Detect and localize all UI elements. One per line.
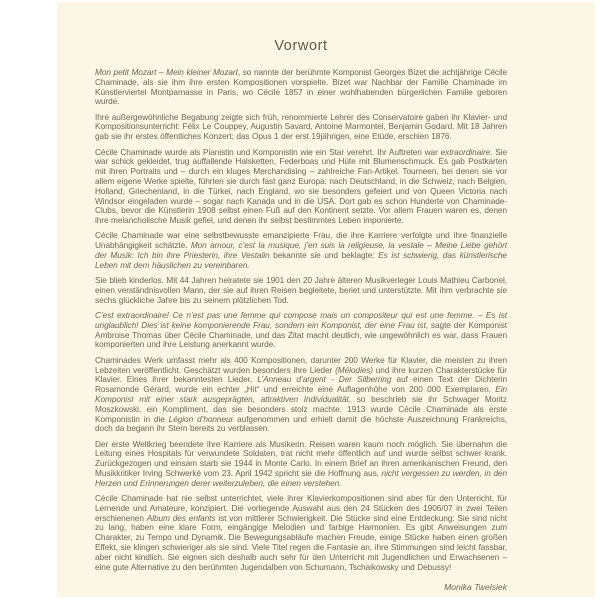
paragraph: Ihre außergewöhnliche Begabung zeigte si… — [95, 113, 507, 142]
book-page: Vorwort Mon petit Mozart – Mein kleiner … — [57, 2, 595, 597]
text-run: Sie blieb kinderlos. Mit 44 Jahren heira… — [95, 275, 507, 305]
text-run: bekannte sie und beklagte: — [270, 250, 379, 260]
text-run: ist von mittlerer Schwierigkeit. Die Stü… — [95, 513, 507, 572]
page-title: Vorwort — [95, 38, 507, 54]
paragraph: Cécile Chaminade war eine selbstbewusste… — [95, 231, 507, 270]
author-signature: Monika Twelsiek — [95, 582, 507, 592]
italic-text-run: L’Anneau d’argent - Der Silberring — [257, 374, 391, 384]
paragraph: Der erste Weltkrieg beendete ihre Karrie… — [95, 440, 507, 489]
paragraph: Cécile Chaminade wurde als Pianistin und… — [95, 148, 507, 226]
foreword-content: Vorwort Mon petit Mozart – Mein kleiner … — [95, 38, 507, 592]
paragraph: C’est extraordinaire! Ce n’est pas une f… — [95, 311, 507, 350]
italic-text-run: (Mélodies) — [335, 365, 373, 375]
text-run: Ihre außergewöhnliche Begabung zeigte si… — [95, 112, 507, 142]
paragraph: Chaminades Werk umfasst mehr als 400 Kom… — [95, 356, 507, 434]
text-run: . Sie war schick gekleidet, trug auffall… — [95, 147, 507, 226]
paragraph: Mon petit Mozart – Mein kleiner Mozart, … — [95, 68, 507, 107]
text-run: Cécile Chaminade wurde als Pianistin und… — [95, 147, 441, 157]
foreword-paragraphs: Mon petit Mozart – Mein kleiner Mozart, … — [95, 68, 507, 572]
italic-text-run: Mon petit Mozart – Mein kleiner Mozart — [95, 67, 238, 77]
italic-text-run: Album des enfants — [147, 513, 216, 523]
paragraph: Sie blieb kinderlos. Mit 44 Jahren heira… — [95, 276, 507, 305]
italic-text-run: extraordinaire — [441, 147, 491, 157]
paragraph: Cécile Chaminade hat nie selbst unterric… — [95, 494, 507, 572]
italic-text-run: Légion d’honneur — [169, 414, 234, 424]
